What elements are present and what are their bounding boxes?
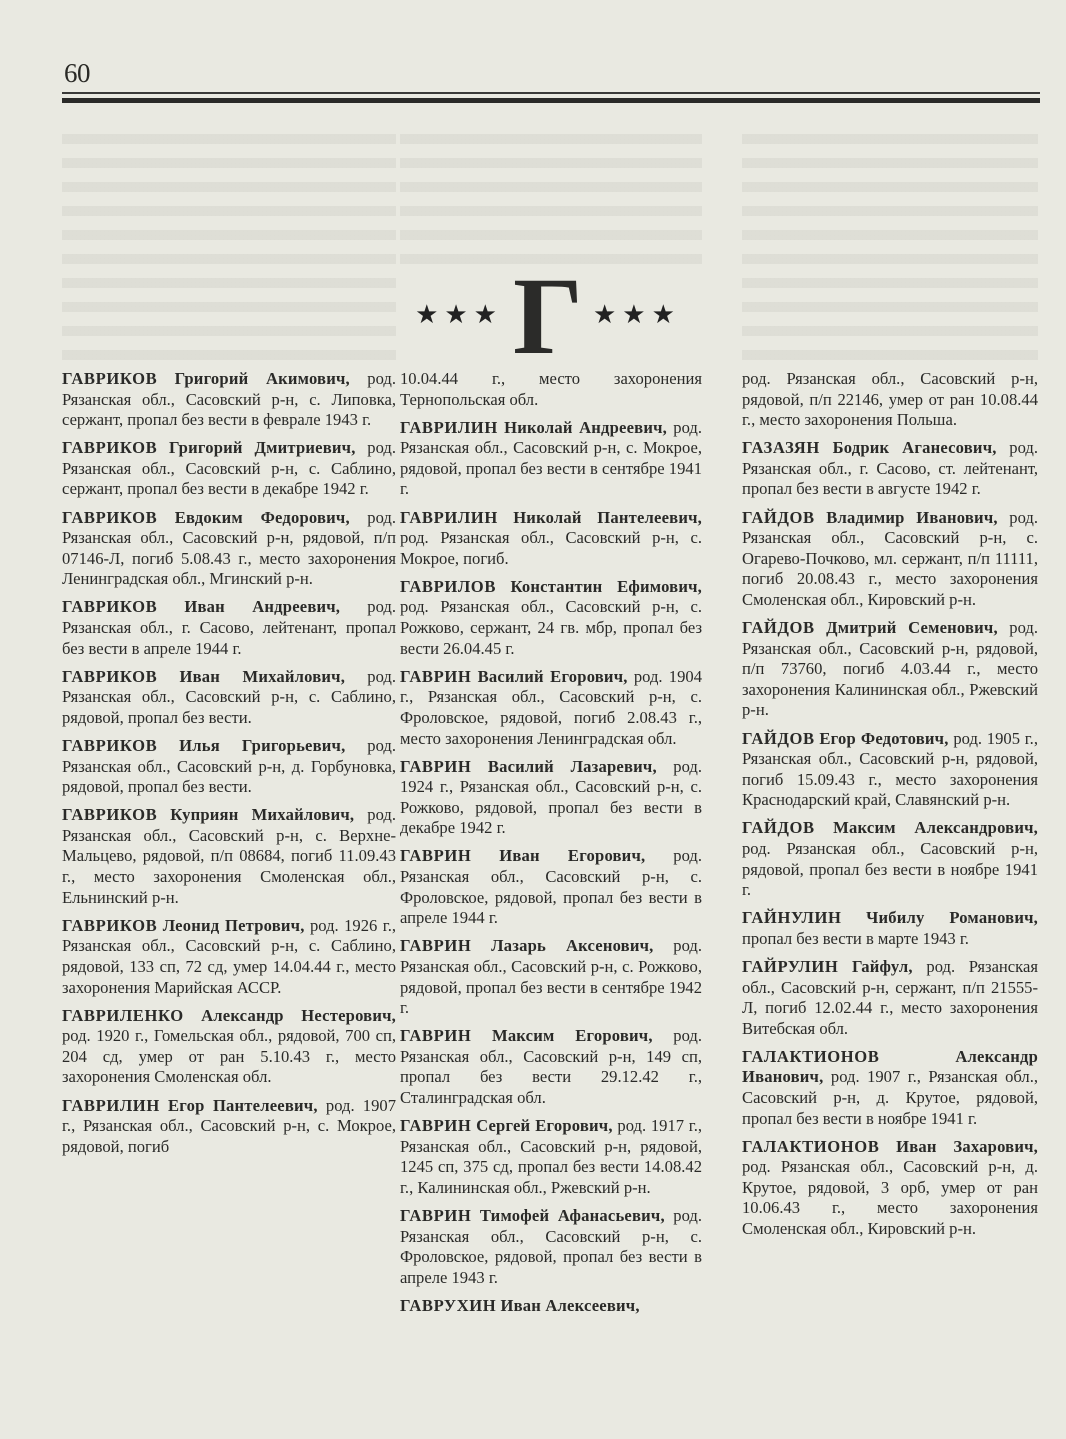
entry-given-name: Илья Григорьевич, (179, 736, 345, 755)
entry-given-name: Егор Пантелеевич, (168, 1096, 318, 1115)
entry-given-name: Василий Егорович, (478, 667, 628, 686)
entry-details: род. 1920 г., Гомельская обл., рядовой, … (62, 1026, 396, 1086)
entry-surname: ГАЗАЗЯН (742, 438, 820, 457)
entry-given-name: Николай Андреевич, (504, 418, 667, 437)
entry-given-name: Евдоким Федорович, (175, 508, 350, 527)
bleed-through-middle (400, 120, 702, 270)
entry-surname: ГАВРИН (400, 1116, 471, 1135)
entry-given-name: Гайфул, (852, 957, 913, 976)
list-item: ГАВРИЛИН Николай Пантелеевич, род. Рязан… (400, 508, 702, 570)
column-1: ГАВРИКОВ Григорий Акимович, род. Рязанск… (62, 369, 396, 1165)
list-item: ГАВРИН Иван Егорович, род. Рязанская обл… (400, 846, 702, 928)
entry-given-name: Максим Егорович, (492, 1026, 653, 1045)
entry-surname: ГАВРИЛИН (400, 508, 498, 527)
list-item: ГАЛАКТИОНОВ Иван Захарович, род. Рязанск… (742, 1137, 1038, 1240)
entry-given-name: Константин Ефимович, (510, 577, 702, 596)
column-2: 10.04.44 г., место захоронения Тернополь… (400, 369, 702, 1324)
entry-surname: ГАВРИКОВ (62, 597, 157, 616)
entry-details: род. Рязанская обл., Сасовский р-н, с. Р… (400, 597, 702, 657)
entry-given-name: Александр Нестерович, (201, 1006, 396, 1025)
list-item: ГАВРИН Максим Егорович, род. Рязанская о… (400, 1026, 702, 1108)
list-item: ГАЛАКТИОНОВ Александр Иванович, род. 190… (742, 1047, 1038, 1129)
entry-surname: ГАЙРУЛИН (742, 957, 838, 976)
list-item: ГАВРИН Василий Егорович, род. 1904 г., Р… (400, 667, 702, 749)
entry-surname: ГАЛАКТИОНОВ (742, 1047, 879, 1066)
list-item: ГАЙНУЛИН Чибилу Романович, пропал без ве… (742, 908, 1038, 949)
entry-details: род. Рязанская обл., Сасовский р-н, д. К… (742, 1157, 1038, 1238)
entry-surname: ГАВРИН (400, 936, 471, 955)
section-letter: Г (513, 272, 583, 360)
entry-given-name: Чибилу Романович, (866, 908, 1038, 927)
entry-given-name: Григорий Дмитриевич, (169, 438, 356, 457)
list-item: ГАЙДОВ Дмитрий Семенович, род. Рязанская… (742, 618, 1038, 721)
header-rule-thin (62, 92, 1040, 94)
entry-surname: ГАВРИЛИН (400, 418, 498, 437)
entry-surname: ГАВРИЛИН (62, 1096, 160, 1115)
entry-surname: ГАВРУХИН (400, 1296, 496, 1315)
list-item: ГАЙДОВ Максим Александрович, род. Рязанс… (742, 818, 1038, 900)
entry-surname: ГАВРИЛЕНКО (62, 1006, 184, 1025)
entry-details: пропал без вести в марте 1943 г. (742, 929, 969, 948)
entry-surname: ГАЛАКТИОНОВ (742, 1137, 879, 1156)
bleed-through-left (62, 120, 396, 360)
list-item: ГАВРУХИН Иван Алексеевич, (400, 1296, 702, 1317)
stars-right-icon: ★★★ (593, 302, 681, 328)
entry-surname: ГАВРИКОВ (62, 736, 157, 755)
entry-surname: ГАВРИН (400, 1026, 471, 1045)
list-item: ГАВРИКОВ Илья Григорьевич, род. Рязанска… (62, 736, 396, 798)
entry-surname: ГАВРИКОВ (62, 438, 157, 457)
entry-surname: ГАВРИН (400, 667, 471, 686)
entry-surname: ГАВРИН (400, 846, 471, 865)
list-item: ГАЗАЗЯН Бодрик Аганесович, род. Рязанска… (742, 438, 1038, 500)
list-item: ГАВРИН Лазарь Аксенович, род. Рязанская … (400, 936, 702, 1018)
entry-surname: ГАВРИН (400, 1206, 471, 1225)
entry-surname: ГАВРИКОВ (62, 805, 157, 824)
entry-given-name: Максим Александрович, (833, 818, 1038, 837)
entry-surname: ГАВРИКОВ (62, 369, 157, 388)
list-item: ГАВРИКОВ Григорий Акимович, род. Рязанск… (62, 369, 396, 431)
entry-given-name: Бодрик Аганесович, (833, 438, 997, 457)
stars-left-icon: ★★★ (415, 302, 503, 328)
entry-given-name: Иван Захарович, (896, 1137, 1038, 1156)
list-item: ГАЙДОВ Егор Федотович, род. 1905 г., Ряз… (742, 729, 1038, 811)
entry-given-name: Иван Михайлович, (180, 667, 346, 686)
entry-given-name: Василий Лазаревич, (488, 757, 657, 776)
list-item: ГАВРИЛИН Николай Андреевич, род. Рязанск… (400, 418, 702, 500)
list-item: ГАЙРУЛИН Гайфул, род. Рязанская обл., Са… (742, 957, 1038, 1039)
entry-given-name: Леонид Петрович, (163, 916, 305, 935)
entry-surname: ГАВРИЛОВ (400, 577, 496, 596)
column-3: род. Рязанская обл., Сасовский р-н, рядо… (742, 369, 1038, 1247)
entry-given-name: Николай Пантелеевич, (513, 508, 702, 527)
entry-surname: ГАЙДОВ (742, 729, 815, 748)
entry-given-name: Иван Андреевич, (184, 597, 340, 616)
bleed-through-right (742, 120, 1038, 360)
list-item: ГАВРИКОВ Иван Андреевич, род. Рязанская … (62, 597, 396, 659)
list-item: ГАВРИКОВ Евдоким Федорович, род. Рязанск… (62, 508, 396, 590)
list-item: ГАВРИЛОВ Константин Ефимович, род. Рязан… (400, 577, 702, 659)
list-item: ГАВРИЛЕНКО Александр Нестерович, род. 19… (62, 1006, 396, 1088)
list-item: ГАЙДОВ Владимир Иванович, род. Рязанская… (742, 508, 1038, 611)
entry-given-name: Лазарь Аксенович, (491, 936, 653, 955)
entry-given-name: Дмитрий Семенович, (826, 618, 998, 637)
entry-given-name: Иван Егорович, (499, 846, 645, 865)
entry-surname: ГАВРИН (400, 757, 471, 776)
entry-surname: ГАЙДОВ (742, 508, 815, 527)
section-heading: ★★★ Г ★★★ (398, 265, 698, 360)
list-item: ГАВРИКОВ Леонид Петрович, род. 1926 г., … (62, 916, 396, 998)
entry-surname: ГАВРИКОВ (62, 667, 157, 686)
list-item: ГАВРИКОВ Иван Михайлович, род. Рязанская… (62, 667, 396, 729)
entry-given-name: Владимир Иванович, (826, 508, 998, 527)
entry-surname: ГАВРИКОВ (62, 508, 157, 527)
entry-continuation: 10.04.44 г., место захоронения Тернополь… (400, 369, 702, 410)
list-item: ГАВРИН Василий Лазаревич, род. 1924 г., … (400, 757, 702, 839)
list-item: ГАВРИКОВ Григорий Дмитриевич, род. Рязан… (62, 438, 396, 500)
list-item: ГАВРИН Тимофей Афанасьевич, род. Рязанск… (400, 1206, 702, 1288)
entry-given-name: Куприян Михайлович, (170, 805, 354, 824)
entry-continuation: род. Рязанская обл., Сасовский р-н, рядо… (742, 369, 1038, 431)
entry-details: род. Рязанская обл., Сасовский р-н, с. М… (400, 528, 702, 568)
entry-given-name: Иван Алексеевич, (500, 1296, 639, 1315)
entry-surname: ГАВРИКОВ (62, 916, 157, 935)
list-item: ГАВРИКОВ Куприян Михайлович, род. Рязанс… (62, 805, 396, 908)
page-number: 60 (64, 58, 90, 89)
list-item: ГАВРИЛИН Егор Пантелеевич, род. 1907 г.,… (62, 1096, 396, 1158)
entry-given-name: Сергей Егорович, (476, 1116, 613, 1135)
header-rule-thick (62, 98, 1040, 103)
entry-surname: ГАЙНУЛИН (742, 908, 842, 927)
entry-given-name: Григорий Акимович, (175, 369, 350, 388)
entry-surname: ГАЙДОВ (742, 818, 815, 837)
entry-given-name: Тимофей Афанасьевич, (480, 1206, 665, 1225)
entry-details: род. Рязанская обл., Сасовский р-н, рядо… (742, 839, 1038, 899)
entry-given-name: Егор Федотович, (819, 729, 948, 748)
list-item: ГАВРИН Сергей Егорович, род. 1917 г., Ря… (400, 1116, 702, 1198)
entry-surname: ГАЙДОВ (742, 618, 815, 637)
